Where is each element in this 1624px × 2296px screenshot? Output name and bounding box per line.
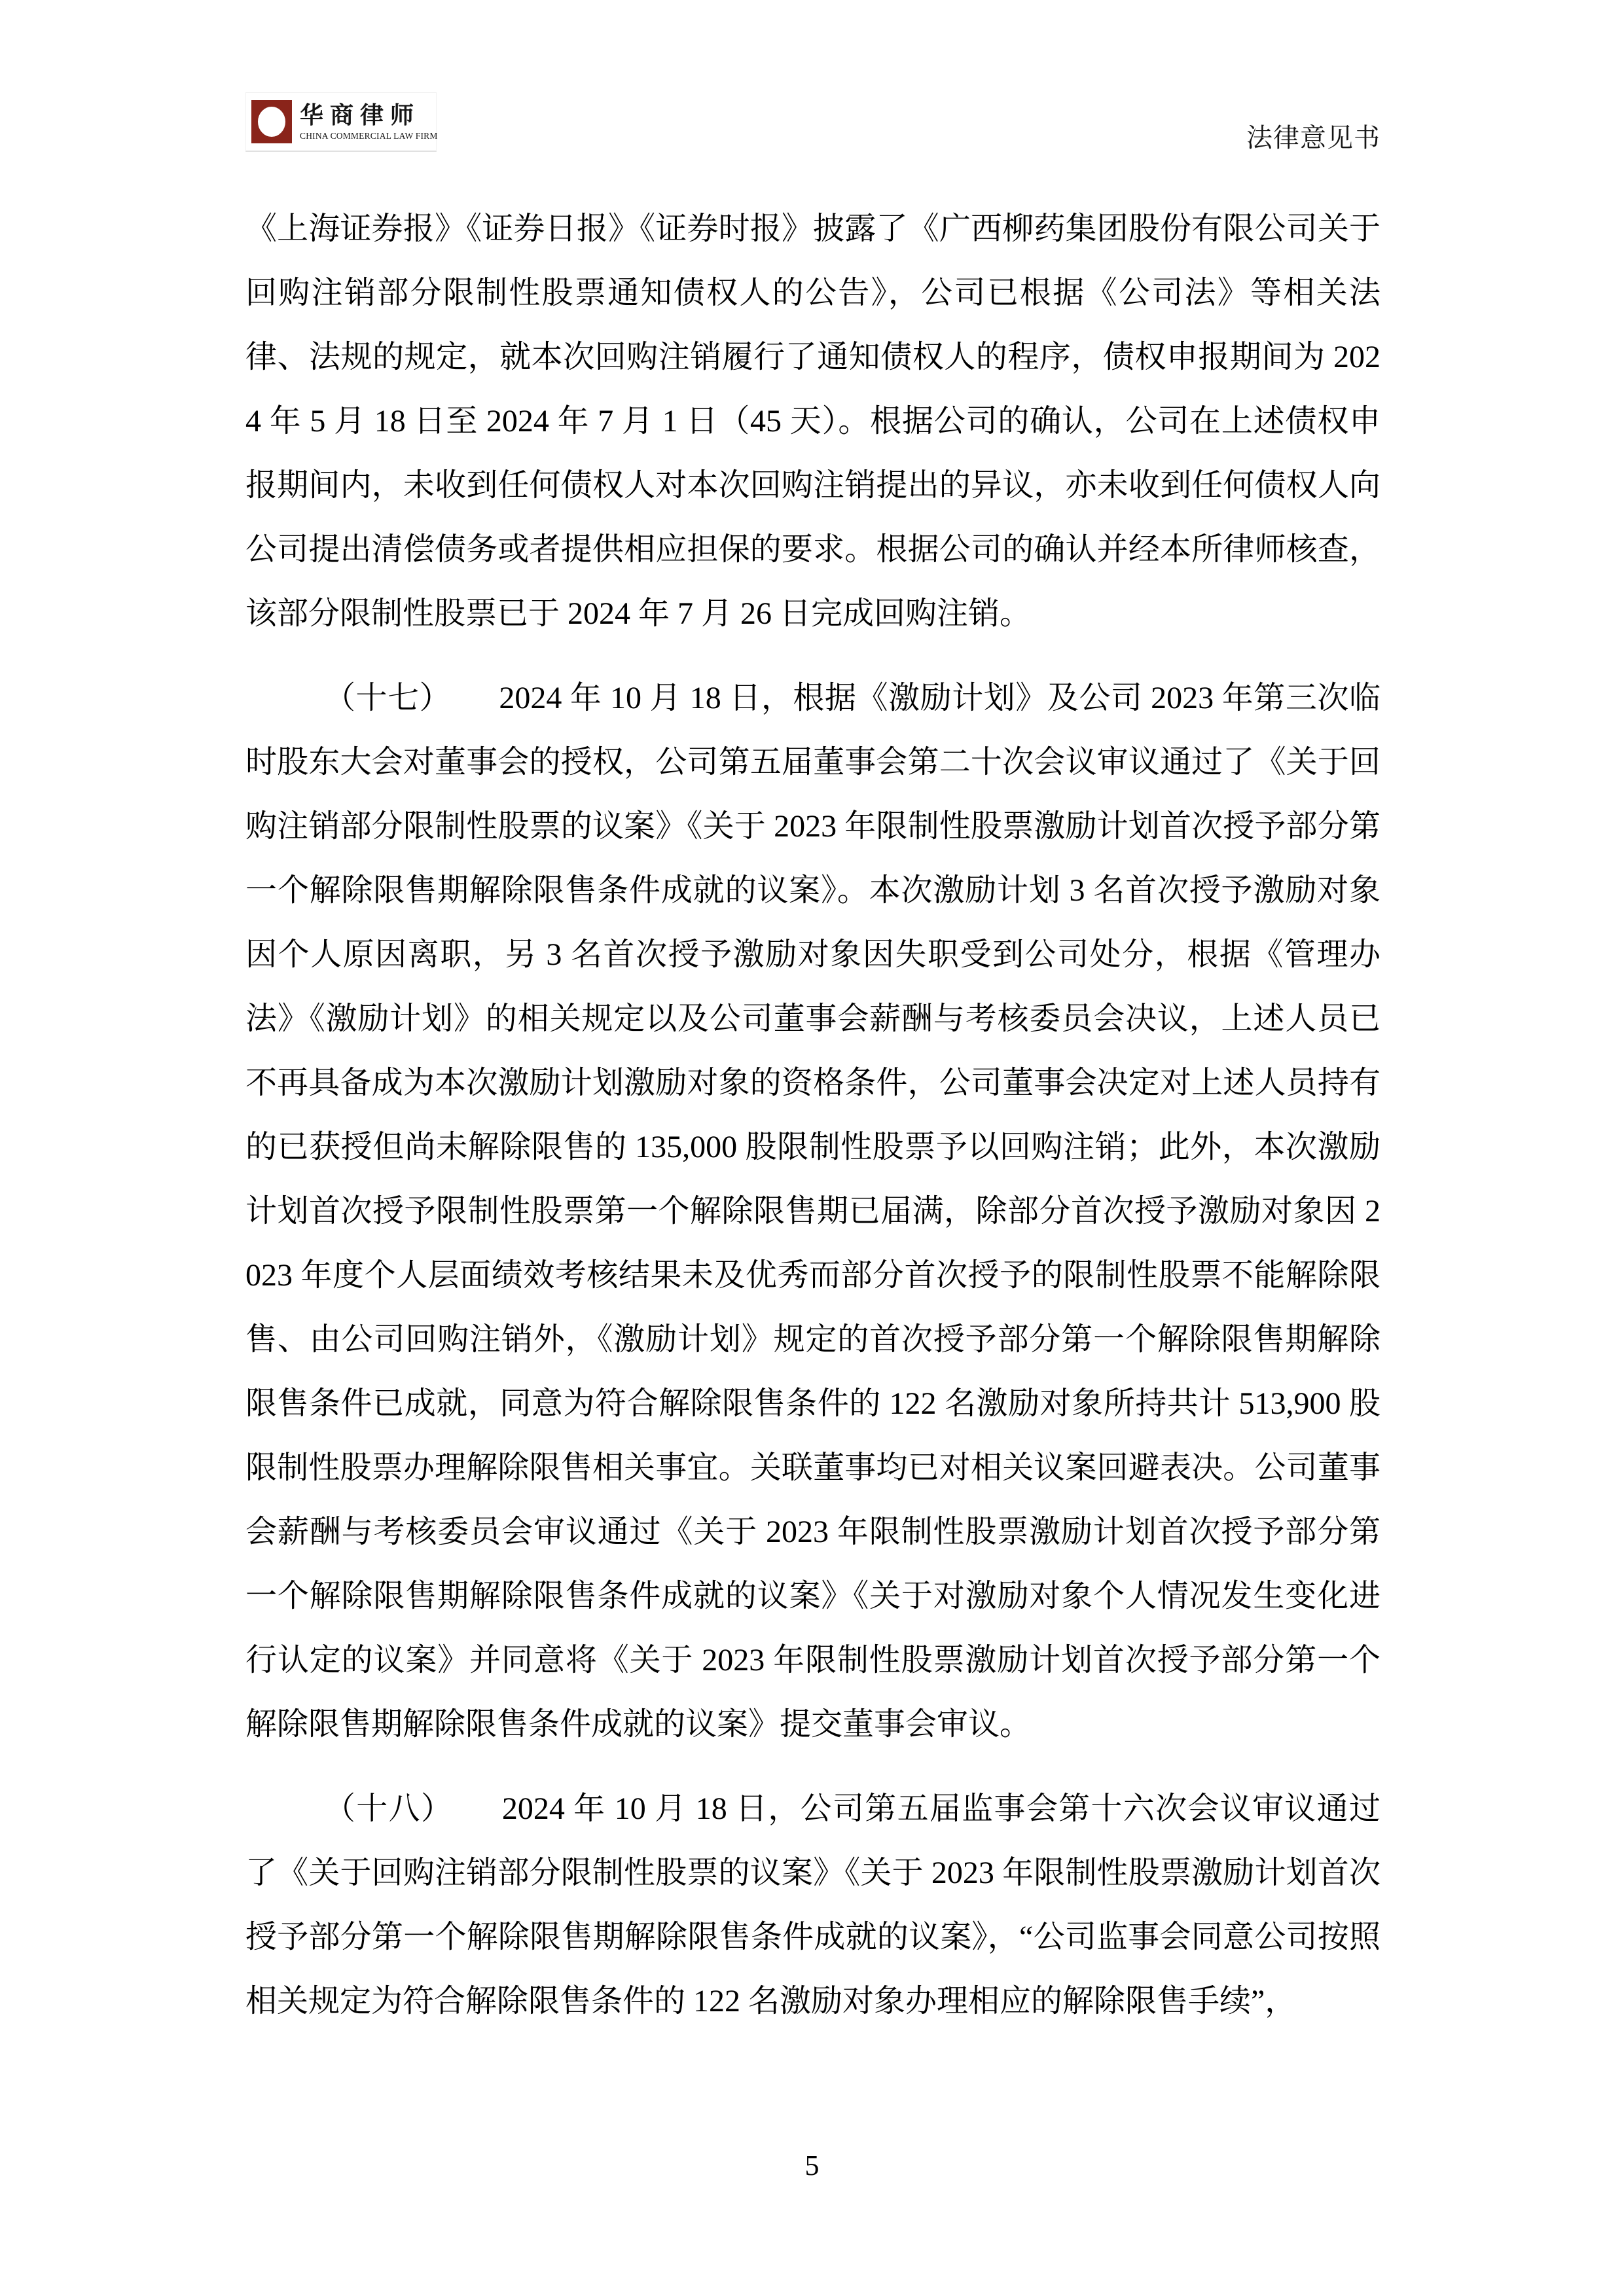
paragraph: 《上海证券报》《证券日报》《证券时报》披露了《广西柳药集团股份有限公司关于回购注… <box>245 197 1380 646</box>
lawfirm-logo: 华商律师 CHINA COMMERCIAL LAW FIRM <box>245 92 437 152</box>
document-body: 《上海证券报》《证券日报》《证券时报》披露了《广西柳药集团股份有限公司关于回购注… <box>245 197 1380 2034</box>
paragraph: （十八） 2024 年 10 月 18 日，公司第五届监事会第十六次会议审议通过… <box>245 1777 1380 2034</box>
lawfirm-logo-text: 华商律师 CHINA COMMERCIAL LAW FIRM <box>300 102 438 141</box>
lawfirm-logo-mark-icon <box>251 100 292 143</box>
page-number: 5 <box>0 2149 1624 2182</box>
lawfirm-english-name: CHINA COMMERCIAL LAW FIRM <box>300 131 438 141</box>
paragraph: （十七） 2024 年 10 月 18 日，根据《激励计划》及公司 2023 年… <box>245 666 1380 1757</box>
legal-opinion-page: 华商律师 CHINA COMMERCIAL LAW FIRM 法律意见书 《上海… <box>0 0 1624 2296</box>
lawfirm-chinese-name: 华商律师 <box>300 102 438 129</box>
doc-type-label: 法律意见书 <box>1246 122 1380 154</box>
